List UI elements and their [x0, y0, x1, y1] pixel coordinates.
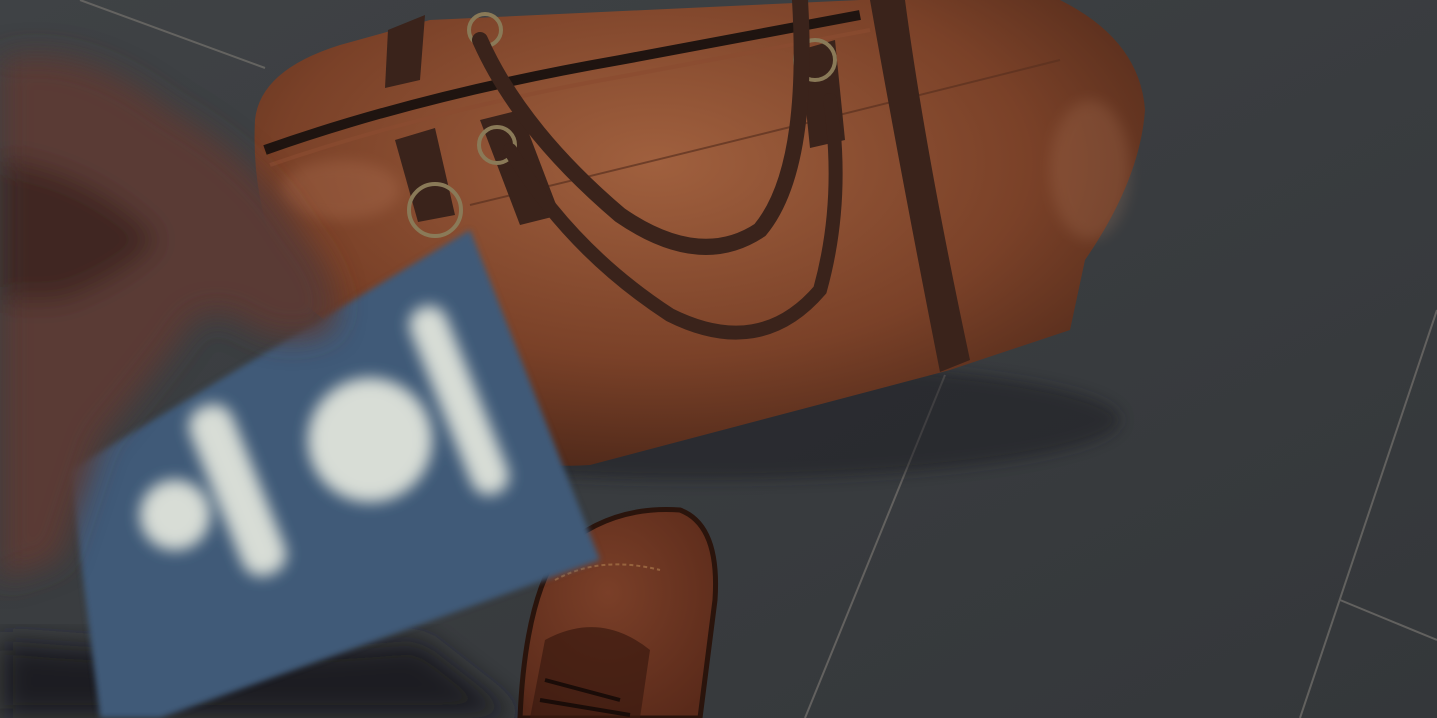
scene-illustration — [0, 0, 1437, 718]
photo-scene — [0, 0, 1437, 718]
